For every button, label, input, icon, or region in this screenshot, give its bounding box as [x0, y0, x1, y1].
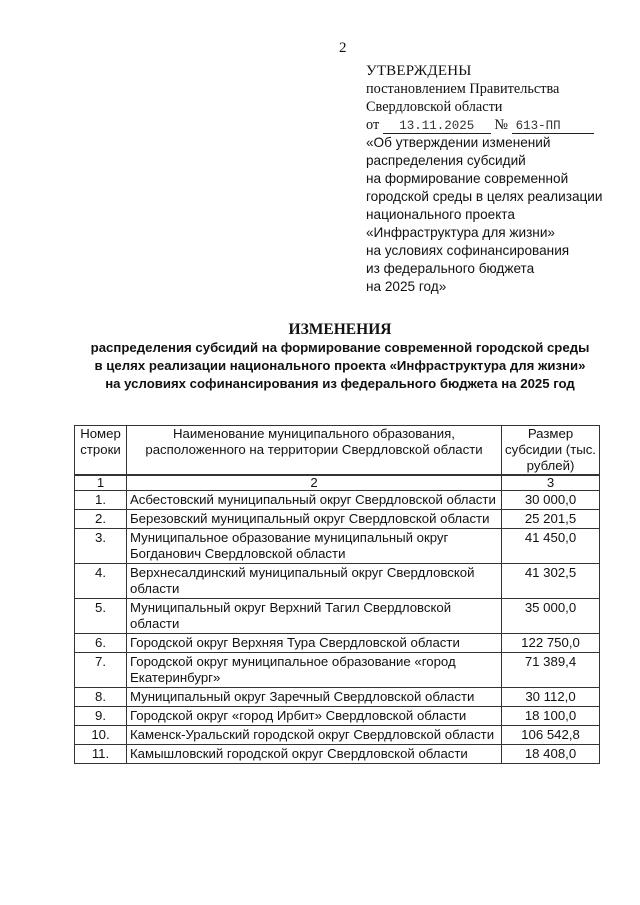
row-number: 10. — [75, 726, 127, 745]
number-prefix: № — [494, 117, 508, 133]
page-number: 2 — [339, 40, 347, 57]
approval-line: постановлением Правительства — [366, 80, 626, 98]
municipality-name: Муниципальный округ Верхний Тагил Свердл… — [127, 599, 502, 634]
subsidy-amount: 18 408,0 — [502, 745, 600, 764]
municipality-name: Городской округ Верхняя Тура Свердловско… — [127, 634, 502, 653]
subsidy-table: Номер строки Наименование муниципального… — [74, 425, 600, 764]
municipality-name: Березовский муниципальный округ Свердлов… — [127, 510, 502, 529]
subsidy-amount: 18 100,0 — [502, 707, 600, 726]
document-heading: ИЗМЕНЕНИЯ распределения субсидий на форм… — [60, 320, 620, 393]
approval-subject-line: на условиях софинансирования — [366, 242, 626, 260]
header-amount: Размер субсидии (тыс. рублей) — [502, 426, 600, 476]
approval-subject-line: на 2025 год» — [366, 278, 626, 296]
approval-subject-line: городской среды в целях реализации — [366, 188, 626, 206]
row-number: 2. — [75, 510, 127, 529]
approval-subject-line: национального проекта — [366, 206, 626, 224]
municipality-name: Городской округ муниципальное образовани… — [127, 653, 502, 688]
approval-subject-line: распределения субсидий — [366, 152, 626, 170]
row-number: 3. — [75, 529, 127, 564]
table-row: 3.Муниципальное образование муниципальны… — [75, 529, 600, 564]
table-row: 2.Березовский муниципальный округ Свердл… — [75, 510, 600, 529]
approval-subject-line: «Об утверждении изменений — [366, 134, 626, 152]
municipality-name: Камышловский городской округ Свердловско… — [127, 745, 502, 764]
row-number: 5. — [75, 599, 127, 634]
heading-line: на условиях софинансирования из федераль… — [60, 375, 620, 393]
subsidy-amount: 41 450,0 — [502, 529, 600, 564]
approval-line: Свердловской области — [366, 98, 626, 116]
column-number: 2 — [127, 475, 502, 491]
row-number: 4. — [75, 564, 127, 599]
table-row: 4.Верхнесалдинский муниципальный округ С… — [75, 564, 600, 599]
row-number: 6. — [75, 634, 127, 653]
approval-title: УТВЕРЖДЕНЫ — [366, 62, 626, 80]
subsidy-amount: 30 000,0 — [502, 491, 600, 510]
heading-title: ИЗМЕНЕНИЯ — [60, 320, 620, 339]
approval-number: 613-ПП — [512, 119, 594, 134]
table-row: 11.Камышловский городской округ Свердлов… — [75, 745, 600, 764]
approval-subject-line: на формирование современной — [366, 170, 626, 188]
approval-subject-line: из федерального бюджета — [366, 260, 626, 278]
subsidy-amount: 106 542,8 — [502, 726, 600, 745]
heading-line: в целях реализации национального проекта… — [60, 357, 620, 375]
table-row: 6.Городской округ Верхняя Тура Свердловс… — [75, 634, 600, 653]
subsidy-amount: 122 750,0 — [502, 634, 600, 653]
row-number: 7. — [75, 653, 127, 688]
row-number: 1. — [75, 491, 127, 510]
approval-date-line: от 13.11.2025 № 613-ПП — [366, 116, 626, 134]
table-row: 5.Муниципальный округ Верхний Тагил Свер… — [75, 599, 600, 634]
table-row: 10.Каменск-Уральский городской округ Све… — [75, 726, 600, 745]
row-number: 11. — [75, 745, 127, 764]
row-number: 9. — [75, 707, 127, 726]
subsidy-amount: 35 000,0 — [502, 599, 600, 634]
table-row: 1.Асбестовский муниципальный округ Сверд… — [75, 491, 600, 510]
approval-subject-line: «Инфраструктура для жизни» — [366, 224, 626, 242]
municipality-name: Асбестовский муниципальный округ Свердло… — [127, 491, 502, 510]
municipality-name: Каменск-Уральский городской округ Свердл… — [127, 726, 502, 745]
approval-date: 13.11.2025 — [383, 119, 491, 134]
subsidy-amount: 41 302,5 — [502, 564, 600, 599]
table-row: 7.Городской округ муниципальное образова… — [75, 653, 600, 688]
table-row: 9.Городской округ «город Ирбит» Свердлов… — [75, 707, 600, 726]
subsidy-amount: 25 201,5 — [502, 510, 600, 529]
municipality-name: Верхнесалдинский муниципальный округ Све… — [127, 564, 502, 599]
subsidy-amount: 71 389,4 — [502, 653, 600, 688]
table-row: 8.Муниципальный округ Заречный Свердловс… — [75, 688, 600, 707]
column-number: 1 — [75, 475, 127, 491]
date-prefix: от — [366, 117, 379, 133]
heading-line: распределения субсидий на формирование с… — [60, 339, 620, 357]
column-number: 3 — [502, 475, 600, 491]
approval-subject: «Об утверждении измененийраспределения с… — [366, 134, 626, 296]
subsidy-amount: 30 112,0 — [502, 688, 600, 707]
header-municipality: Наименование муниципального образования,… — [127, 426, 502, 476]
header-row-number: Номер строки — [75, 426, 127, 476]
municipality-name: Муниципальный округ Заречный Свердловско… — [127, 688, 502, 707]
row-number: 8. — [75, 688, 127, 707]
approval-block: УТВЕРЖДЕНЫ постановлением Правительства … — [366, 62, 626, 296]
municipality-name: Городской округ «город Ирбит» Свердловск… — [127, 707, 502, 726]
municipality-name: Муниципальное образование муниципальный … — [127, 529, 502, 564]
